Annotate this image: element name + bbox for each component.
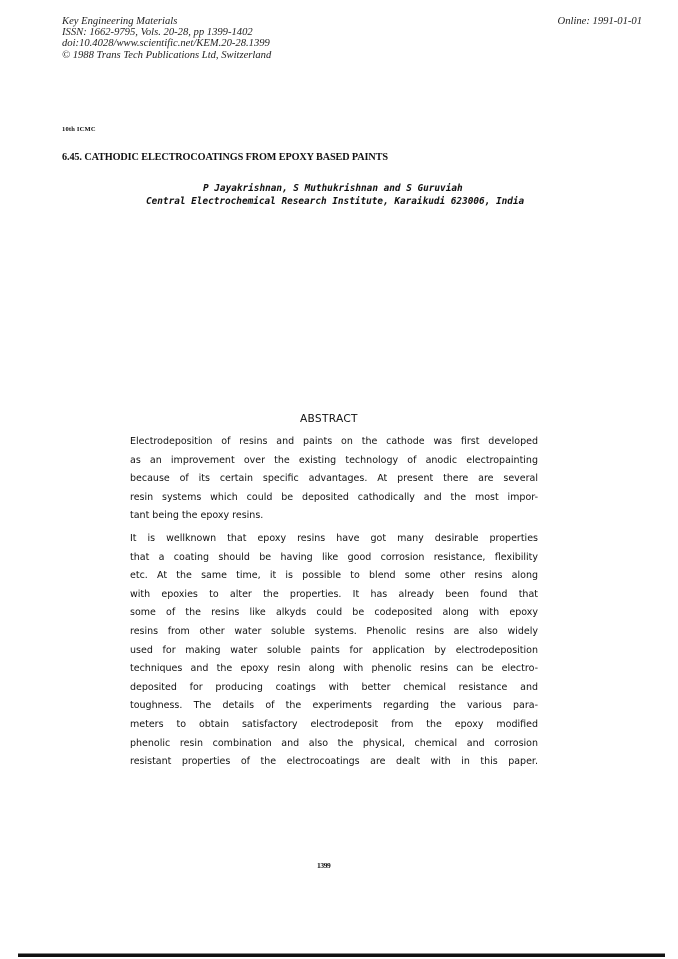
abstract-line: techniques and the epoxy resin along wit… <box>130 660 538 679</box>
author-block: P Jayakrishnan, S Muthukrishnan and S Gu… <box>0 182 678 208</box>
abstract-paragraph-1: Electrodeposition of resins and paints o… <box>130 433 538 526</box>
abstract-paragraph-2: It is wellknown that epoxy resins have g… <box>130 530 538 772</box>
page-number: 1399 <box>317 861 330 870</box>
abstract-line: tant being the epoxy resins. <box>130 507 538 526</box>
abstract-line: phenolic resin combination and also the … <box>130 735 538 754</box>
abstract-line: used for making water soluble paints for… <box>130 642 538 661</box>
abstract-line: because of its certain specific advantag… <box>130 470 538 489</box>
abstract-line: deposited for producing coatings with be… <box>130 679 538 698</box>
copyright-line: © 1988 Trans Tech Publications Ltd, Swit… <box>62 50 271 61</box>
abstract-line: that a coating should be having like goo… <box>130 549 538 568</box>
abstract-line: as an improvement over the existing tech… <box>130 452 538 471</box>
journal-citation-block: Key Engineering Materials ISSN: 1662-979… <box>62 16 271 61</box>
journal-name: Key Engineering Materials <box>62 16 271 27</box>
abstract-line: It is wellknown that epoxy resins have g… <box>130 530 538 549</box>
doi-line: doi:10.4028/www.scientific.net/KEM.20-28… <box>62 38 271 49</box>
issn-line: ISSN: 1662-9795, Vols. 20-28, pp 1399-14… <box>62 27 271 38</box>
bottom-rule <box>18 954 665 957</box>
abstract-line: meters to obtain satisfactory electrodep… <box>130 716 538 735</box>
online-date: Online: 1991-01-01 <box>558 16 642 27</box>
abstract-line: some of the resins like alkyds could be … <box>130 604 538 623</box>
abstract-line: etc. At the same time, it is possible to… <box>130 567 538 586</box>
abstract-line: resin systems which could be deposited c… <box>130 489 538 508</box>
conference-label: 10th ICMC <box>62 126 96 133</box>
author-names: P Jayakrishnan, S Muthukrishnan and S Gu… <box>0 182 678 195</box>
abstract-line: Electrodeposition of resins and paints o… <box>130 433 538 452</box>
paper-title: 6.45. CATHODIC ELECTROCOATINGS FROM EPOX… <box>62 152 388 163</box>
abstract-heading: ABSTRACT <box>300 413 358 425</box>
abstract-line: with epoxies to alter the properties. It… <box>130 586 538 605</box>
abstract-line: resistant properties of the electrocoati… <box>130 753 538 772</box>
abstract-line: resins from other water soluble systems.… <box>130 623 538 642</box>
author-affiliation: Central Electrochemical Research Institu… <box>0 195 678 208</box>
abstract-line: toughness. The details of the experiment… <box>130 697 538 716</box>
